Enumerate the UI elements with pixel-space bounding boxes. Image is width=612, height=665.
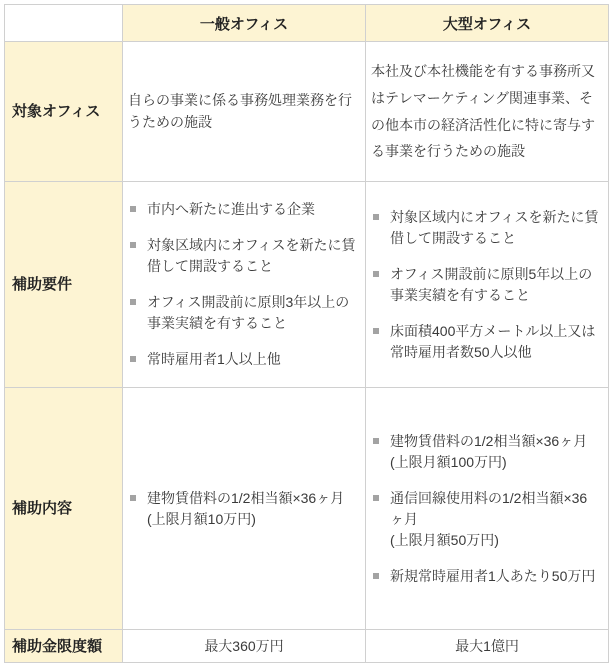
cell-subsidy-details-large: 建物賃借料の1/2相当額×36ヶ月 (上限月額100万円) 通信回線使用料の1/… <box>366 388 609 630</box>
cell-target-office-large: 本社及び本社機能を有する事務所又はテレマーケティング関連事業、その他本市の経済活… <box>366 42 609 182</box>
requirements-large-list: 対象区域内にオフィスを新たに賃借して開設すること オフィス開設前に原則5年以上の… <box>371 207 600 363</box>
subsidy-limit-general-value: 最大360万円 <box>123 630 366 663</box>
cell-requirements-general: 市内へ新たに進出する企業 対象区域内にオフィスを新たに賃借して開設すること オフ… <box>123 182 366 388</box>
subsidy-details-general-list: 建物賃借料の1/2相当額×36ヶ月 (上限月額10万円) <box>128 488 357 530</box>
column-header-large: 大型オフィス <box>366 5 609 42</box>
target-office-general-text: 自らの事業に係る事務処理業務を行うための施設 <box>128 90 357 133</box>
corner-cell <box>5 5 123 42</box>
row-requirements: 補助要件 市内へ新たに進出する企業 対象区域内にオフィスを新たに賃借して開設する… <box>5 182 609 388</box>
row-label-requirements: 補助要件 <box>5 182 123 388</box>
target-office-large-text: 本社及び本社機能を有する事務所又はテレマーケティング関連事業、その他本市の経済活… <box>371 58 600 164</box>
row-target-office: 対象オフィス 自らの事業に係る事務処理業務を行うための施設 本社及び本社機能を有… <box>5 42 609 182</box>
list-item: 新規常時雇用者1人あたり50万円 <box>371 566 600 587</box>
row-subsidy-details: 補助内容 建物賃借料の1/2相当額×36ヶ月 (上限月額10万円) 建物賃借料の… <box>5 388 609 630</box>
list-item: 通信回線使用料の1/2相当額×36ヶ月 (上限月額50万円) <box>371 488 600 551</box>
row-subsidy-limit: 補助金限度額 最大360万円 最大1億円 <box>5 630 609 663</box>
subsidy-limit-large-value: 最大1億円 <box>366 630 609 663</box>
list-item: 対象区域内にオフィスを新たに賃借して開設すること <box>371 207 600 249</box>
cell-requirements-large: 対象区域内にオフィスを新たに賃借して開設すること オフィス開設前に原則5年以上の… <box>366 182 609 388</box>
cell-target-office-general: 自らの事業に係る事務処理業務を行うための施設 <box>123 42 366 182</box>
list-item: 建物賃借料の1/2相当額×36ヶ月 (上限月額10万円) <box>128 488 357 530</box>
list-item: 建物賃借料の1/2相当額×36ヶ月 (上限月額100万円) <box>371 431 600 473</box>
column-header-general: 一般オフィス <box>123 5 366 42</box>
list-item: 常時雇用者1人以上他 <box>128 349 357 370</box>
row-label-subsidy-limit: 補助金限度額 <box>5 630 123 663</box>
list-item: 市内へ新たに進出する企業 <box>128 199 357 220</box>
header-row: 一般オフィス 大型オフィス <box>5 5 609 42</box>
cell-subsidy-details-general: 建物賃借料の1/2相当額×36ヶ月 (上限月額10万円) <box>123 388 366 630</box>
list-item: オフィス開設前に原則5年以上の事業実績を有すること <box>371 264 600 306</box>
list-item: 対象区域内にオフィスを新たに賃借して開設すること <box>128 235 357 277</box>
row-label-subsidy-details: 補助内容 <box>5 388 123 630</box>
list-item: オフィス開設前に原則3年以上の事業実績を有すること <box>128 292 357 334</box>
page: 一般オフィス 大型オフィス 対象オフィス 自らの事業に係る事務処理業務を行うため… <box>0 0 612 665</box>
list-item: 床面積400平方メートル以上又は常時雇用者数50人以他 <box>371 321 600 363</box>
subsidy-details-large-list: 建物賃借料の1/2相当額×36ヶ月 (上限月額100万円) 通信回線使用料の1/… <box>371 431 600 587</box>
requirements-general-list: 市内へ新たに進出する企業 対象区域内にオフィスを新たに賃借して開設すること オフ… <box>128 199 357 370</box>
row-label-target-office: 対象オフィス <box>5 42 123 182</box>
comparison-table: 一般オフィス 大型オフィス 対象オフィス 自らの事業に係る事務処理業務を行うため… <box>4 4 609 663</box>
